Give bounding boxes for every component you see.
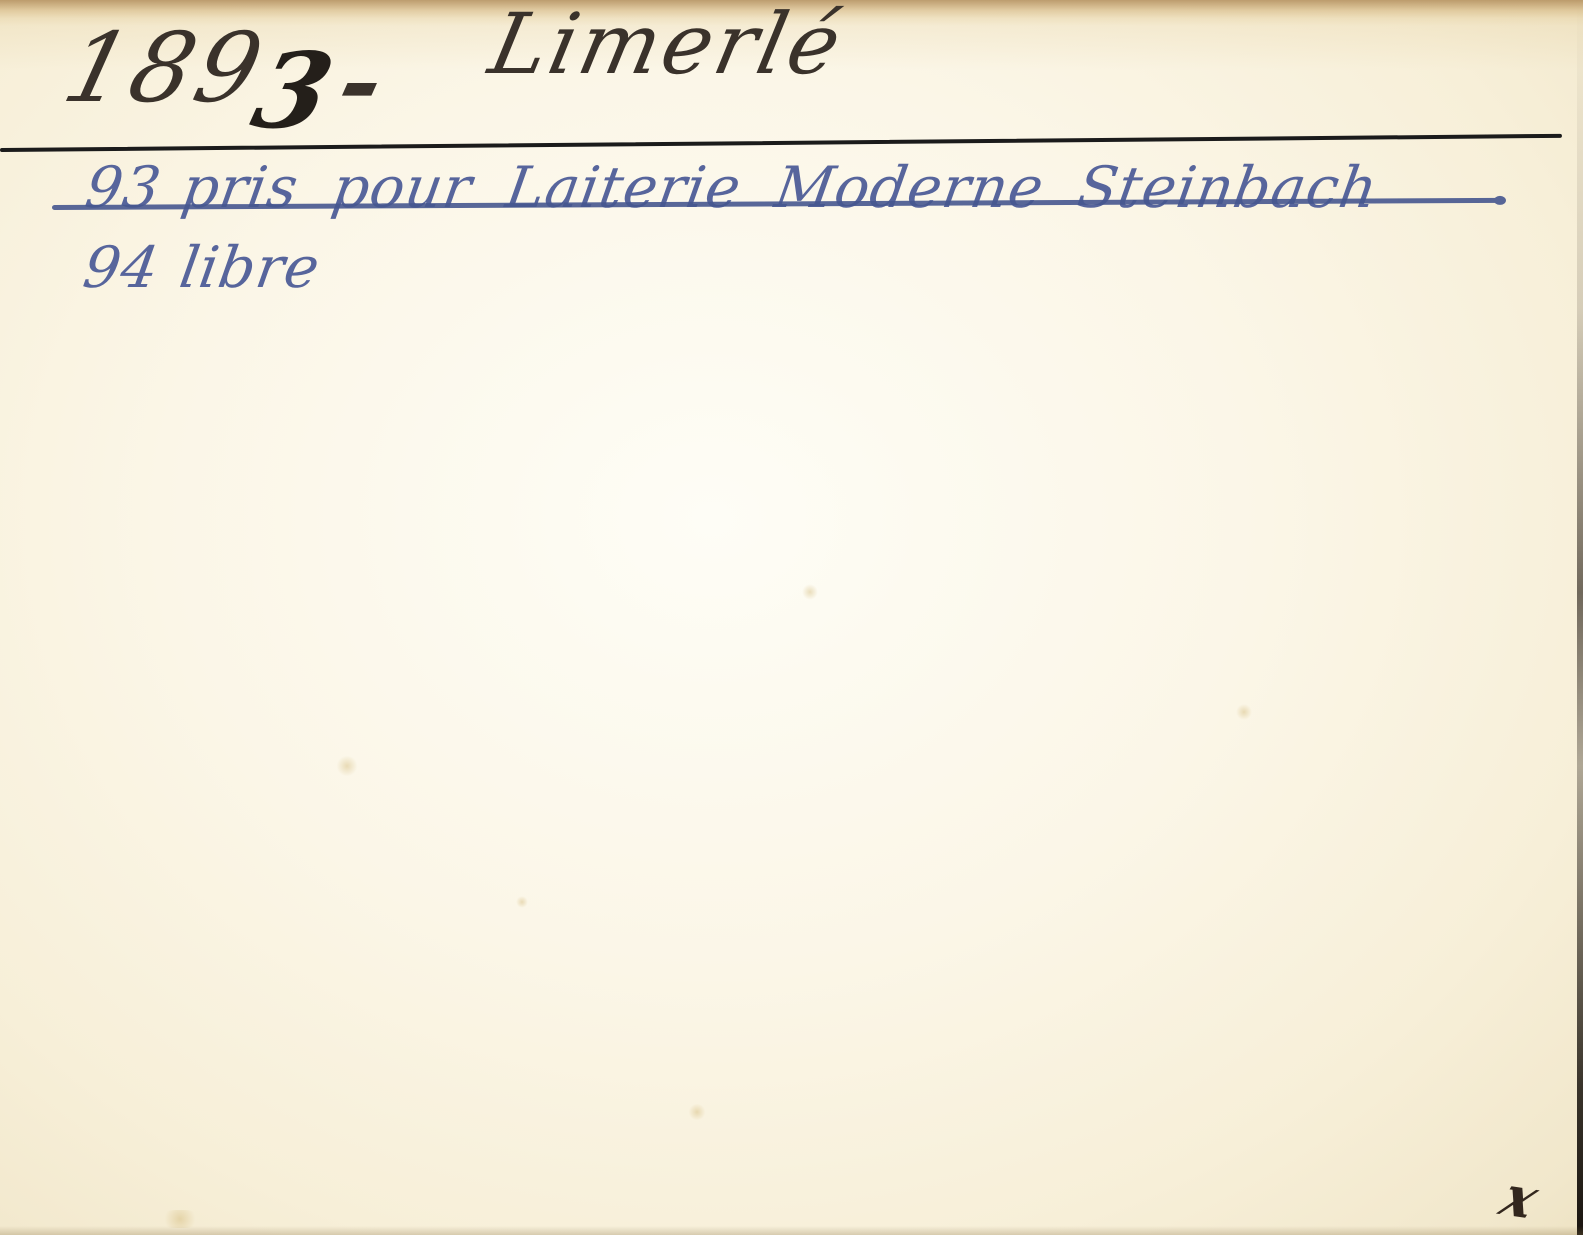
card-bottom-edge-shadow [0,1226,1583,1235]
paper-stain [802,584,818,600]
card-title: Limerlé [483,2,851,86]
scanned-index-card: 1893- Limerlé 93pris pour Laiterie Moder… [0,0,1583,1235]
entry-row-93: 93pris pour Laiterie Moderne Steinbach [81,160,1381,217]
paper-stain [336,756,358,776]
entry-row-94: 94libre [79,240,323,297]
paper-stain [688,1104,706,1120]
year-heading: 1893- [55,14,402,118]
entry-text: pris pour Laiterie Moderne Steinbach [177,155,1382,221]
paper-stain [1236,704,1252,720]
card-right-edge-shadow [1577,0,1583,1235]
corner-x-mark: x [1493,1168,1546,1226]
year-digits: 189 [54,12,277,124]
entry-number: 93 [81,155,166,221]
header-rule [0,134,1562,152]
entry-number: 94 [79,235,164,301]
paper-stain [516,896,528,908]
entry-text: libre [175,235,324,301]
